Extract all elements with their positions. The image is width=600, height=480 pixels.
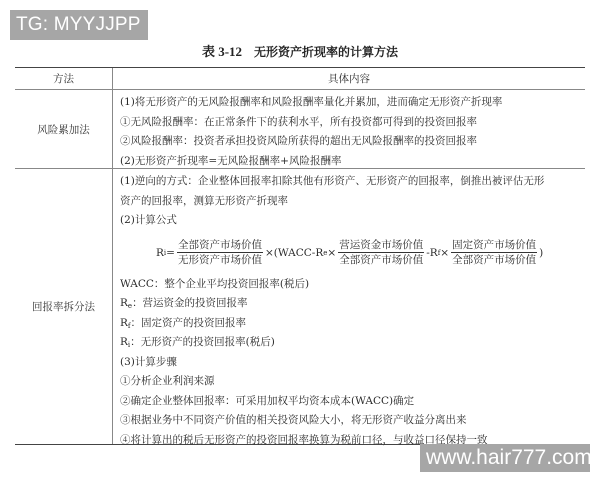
definition-ri: Ri：无形资产的投资回报率(税后) <box>120 333 578 353</box>
definition-text: ：整个企业平均投资回报率(税后) <box>154 278 309 290</box>
content-line: ③根据业务中不同资产价值的相关投资风险大小，将无形资产收益分离出来 <box>120 411 578 431</box>
formula-lhs: R <box>156 247 164 259</box>
definition-wacc: WACC：整个企业平均投资回报率(税后) <box>120 275 578 295</box>
watermark-bottom: www.hair777.com <box>420 444 590 472</box>
content-line: ①无风险报酬率：在正常条件下的获利水平，所有投资都可得到的投资回报率 <box>120 113 578 133</box>
definition-text: ：无形资产的投资回报率(税后) <box>130 336 275 348</box>
fraction-2: 营运资金市场价值 全部资产市场价值 <box>338 238 424 267</box>
fraction-denominator: 全部资产市场价值 <box>451 253 537 267</box>
definition-text: ：营运资金的投资回报率 <box>132 297 248 309</box>
formula-times: × <box>440 247 449 259</box>
fraction-denominator: 无形资产市场价值 <box>177 253 263 267</box>
content-cell: (1)逆向的方式：企业整体回报率扣除其他有形资产、无形资产的回报率，倒推出被评估… <box>113 169 585 444</box>
fraction-numerator: 营运资金市场价值 <box>338 238 424 253</box>
content-line: ②风险报酬率：投资者承担投资风险所获得的超出无风险报酬率的投资回报率 <box>120 132 578 152</box>
content-line: ①分析企业利润来源 <box>120 372 578 392</box>
definition-symbol: R <box>120 336 128 348</box>
method-return-split: 回报率拆分法 <box>15 169 113 444</box>
content-line: ②确定企业整体回报率：可采用加权平均资本成本(WACC)确定 <box>120 392 578 412</box>
table-number: 表 3-12 <box>202 44 242 59</box>
fraction-3: 固定资产市场价值 全部资产市场价值 <box>451 238 537 267</box>
content-line: (3)计算步骤 <box>120 353 578 373</box>
discount-rate-table: 方法 具体内容 风险累加法 (1)将无形资产的无风险报酬率和风险报酬率量化并累加… <box>15 67 585 445</box>
formula-close: ) <box>539 247 543 259</box>
definition-symbol: WACC <box>120 278 154 290</box>
content-line: (1)将无形资产的无风险报酬率和风险报酬率量化并累加，进而确定无形资产折现率 <box>120 93 578 113</box>
formula-minus: -R <box>426 247 437 259</box>
content-line: (2)计算公式 <box>120 211 578 231</box>
header-method: 方法 <box>15 68 113 89</box>
fraction-1: 全部资产市场价值 无形资产市场价值 <box>177 238 263 267</box>
fraction-denominator: 全部资产市场价值 <box>338 253 424 267</box>
formula-mid: ×(WACC-R <box>265 247 323 259</box>
fraction-numerator: 固定资产市场价值 <box>451 238 537 253</box>
definition-text: ：固定资产的投资回报率 <box>131 317 247 329</box>
formula: Ri = 全部资产市场价值 无形资产市场价值 ×(WACC-Re × 营运资金市… <box>120 231 578 275</box>
table-row: 回报率拆分法 (1)逆向的方式：企业整体回报率扣除其他有形资产、无形资产的回报率… <box>15 169 585 444</box>
definition-symbol: R <box>120 317 128 329</box>
table-title: 无形资产折现率的计算方法 <box>254 45 398 59</box>
content-line: 资产的回报率，测算无形资产折现率 <box>120 192 578 212</box>
content-cell: (1)将无形资产的无风险报酬率和风险报酬率量化并累加，进而确定无形资产折现率 ①… <box>113 90 585 168</box>
table-row: 风险累加法 (1)将无形资产的无风险报酬率和风险报酬率量化并累加，进而确定无形资… <box>15 90 585 169</box>
method-risk-accumulation: 风险累加法 <box>15 90 113 168</box>
header-content: 具体内容 <box>113 68 585 89</box>
formula-eq: = <box>166 247 175 259</box>
content-line: (1)逆向的方式：企业整体回报率扣除其他有形资产、无形资产的回报率，倒推出被评估… <box>120 172 578 192</box>
table-header-row: 方法 具体内容 <box>15 68 585 90</box>
table-caption: 表 3-12无形资产折现率的计算方法 <box>0 41 600 60</box>
fraction-numerator: 全部资产市场价值 <box>177 238 263 253</box>
definition-rf: Rf：固定资产的投资回报率 <box>120 314 578 334</box>
definition-re: Re：营运资金的投资回报率 <box>120 294 578 314</box>
watermark-top: TG: MYYJJPP <box>10 10 148 40</box>
formula-times: × <box>327 247 336 259</box>
definition-symbol: R <box>120 297 128 309</box>
